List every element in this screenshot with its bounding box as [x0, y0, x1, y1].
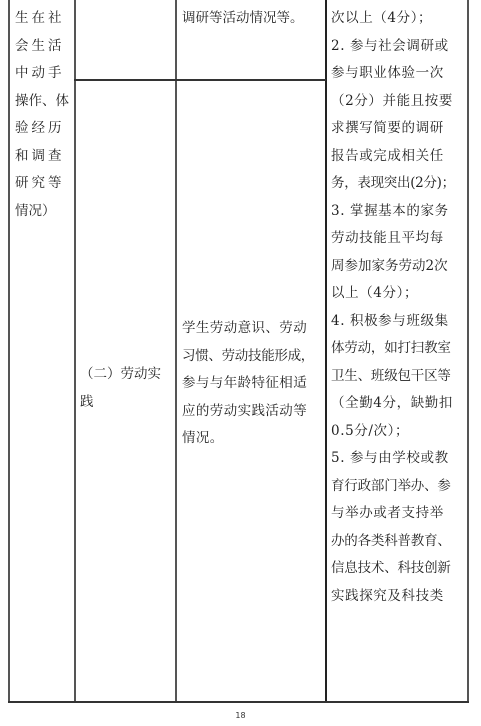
- criteria-line: 周参加家务劳动2次: [331, 253, 467, 281]
- content-line: 情况。: [182, 425, 324, 453]
- criteria-line: 务，表现突出(2分)；: [331, 170, 467, 198]
- row-divider: [74, 79, 326, 81]
- criteria-line: 3. 掌握基本的家务: [331, 198, 467, 226]
- table-border-col2: [175, 0, 177, 703]
- criteria-line: （2分）并能且按要: [331, 88, 467, 116]
- category-line: 研究等: [15, 170, 71, 198]
- criteria-line: 育行政部门举办、参: [331, 473, 467, 501]
- criteria-line: 次以上（4分）；: [331, 5, 467, 33]
- table-border-col1: [74, 0, 76, 703]
- criteria-line: 2. 参与社会调研或: [331, 33, 467, 61]
- criteria-line: 4. 积极参与班级集: [331, 308, 467, 336]
- subcategory-line: 践: [80, 389, 174, 417]
- table-border-left: [8, 0, 10, 703]
- category-line: 操作、体: [15, 88, 71, 116]
- content-line: 应的劳动实践活动等: [182, 398, 324, 426]
- table-border-bottom: [8, 701, 469, 703]
- category-line: 中动手: [15, 60, 71, 88]
- table-border-col3: [325, 0, 327, 703]
- category-line: 验经历: [15, 115, 71, 143]
- criteria-line: 卫生、班级包干区等: [331, 363, 467, 391]
- criteria-line: 办的各类科普教育、: [331, 528, 467, 556]
- row2-content-cell: 学生劳动意识、劳动 习惯、劳动技能形成， 参与与年龄特征相适 应的劳动实践活动等…: [182, 315, 324, 453]
- category-line: 和调查: [15, 143, 71, 171]
- subcategory-line: （二）劳动实: [80, 361, 174, 389]
- criteria-line: 与举办或者支持举: [331, 500, 467, 528]
- criteria-line: 以上（4分）；: [331, 280, 467, 308]
- category-cell: 生在社 会生活 中动手 操作、体 验经历 和调查 研究等 情况）: [15, 5, 71, 225]
- page-number: 18: [0, 711, 481, 720]
- criteria-line: 信息技术、科技创新: [331, 555, 467, 583]
- criteria-line: 报告或完成相关任: [331, 143, 467, 171]
- category-line: 情况）: [15, 198, 71, 226]
- content-line: 学生劳动意识、劳动: [182, 315, 324, 343]
- criteria-line: 劳动技能且平均每: [331, 225, 467, 253]
- row1-content-cell: 调研等活动情况等。: [182, 5, 324, 33]
- criteria-line: 参与职业体验一次: [331, 60, 467, 88]
- criteria-line: 0.5分/次）；: [331, 418, 467, 446]
- scoring-criteria-cell: 次以上（4分）； 2. 参与社会调研或 参与职业体验一次 （2分）并能且按要 求…: [331, 5, 467, 610]
- criteria-line: 5. 参与由学校或教: [331, 445, 467, 473]
- criteria-line: 求撰写简要的调研: [331, 115, 467, 143]
- category-line: 生在社: [15, 5, 71, 33]
- subcategory-cell: （二）劳动实 践: [80, 361, 174, 416]
- criteria-line: 实践探究及科技类: [331, 583, 467, 611]
- table-border-right: [467, 0, 469, 703]
- content-line: 习惯、劳动技能形成，: [182, 343, 324, 371]
- criteria-line: 体劳动，如打扫教室: [331, 335, 467, 363]
- criteria-line: （全勤4分，缺勤扣: [331, 390, 467, 418]
- content-line: 参与与年龄特征相适: [182, 370, 324, 398]
- category-line: 会生活: [15, 33, 71, 61]
